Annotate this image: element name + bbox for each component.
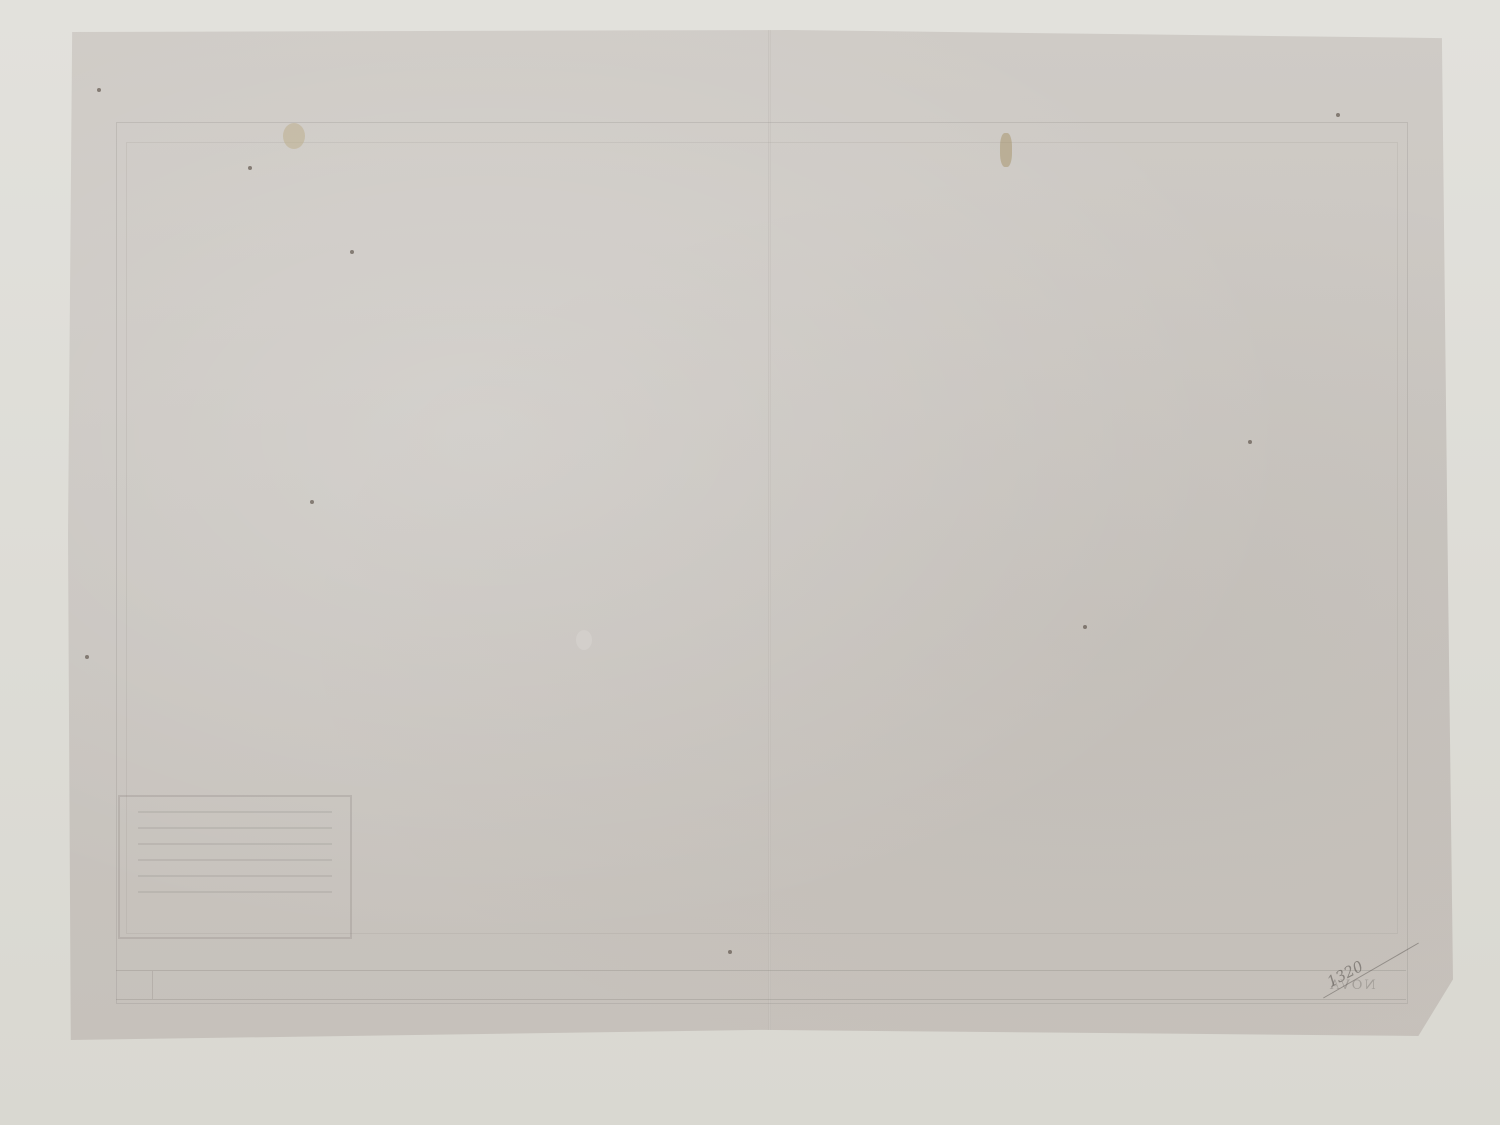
foxing-spot xyxy=(1336,113,1340,117)
foxing-spot xyxy=(248,166,252,170)
show-through-cartouche xyxy=(118,795,352,939)
foxing-spot xyxy=(310,500,314,504)
foxing-spot xyxy=(1248,440,1252,444)
foxing-spot xyxy=(728,950,732,954)
foxing-spot xyxy=(350,250,354,254)
foxing-spot xyxy=(97,88,101,92)
stain-spot xyxy=(283,123,305,149)
foxing-spot xyxy=(85,655,89,659)
foxing-spot xyxy=(1083,625,1087,629)
stain-spot xyxy=(576,630,592,650)
paper-sheet: NOVA 1320 xyxy=(68,30,1453,1040)
show-through-title-banner: NOVA xyxy=(116,970,1406,1000)
cartouche-text-lines xyxy=(120,811,350,893)
stain-spot xyxy=(1000,133,1012,167)
banner-end-box xyxy=(116,971,153,999)
